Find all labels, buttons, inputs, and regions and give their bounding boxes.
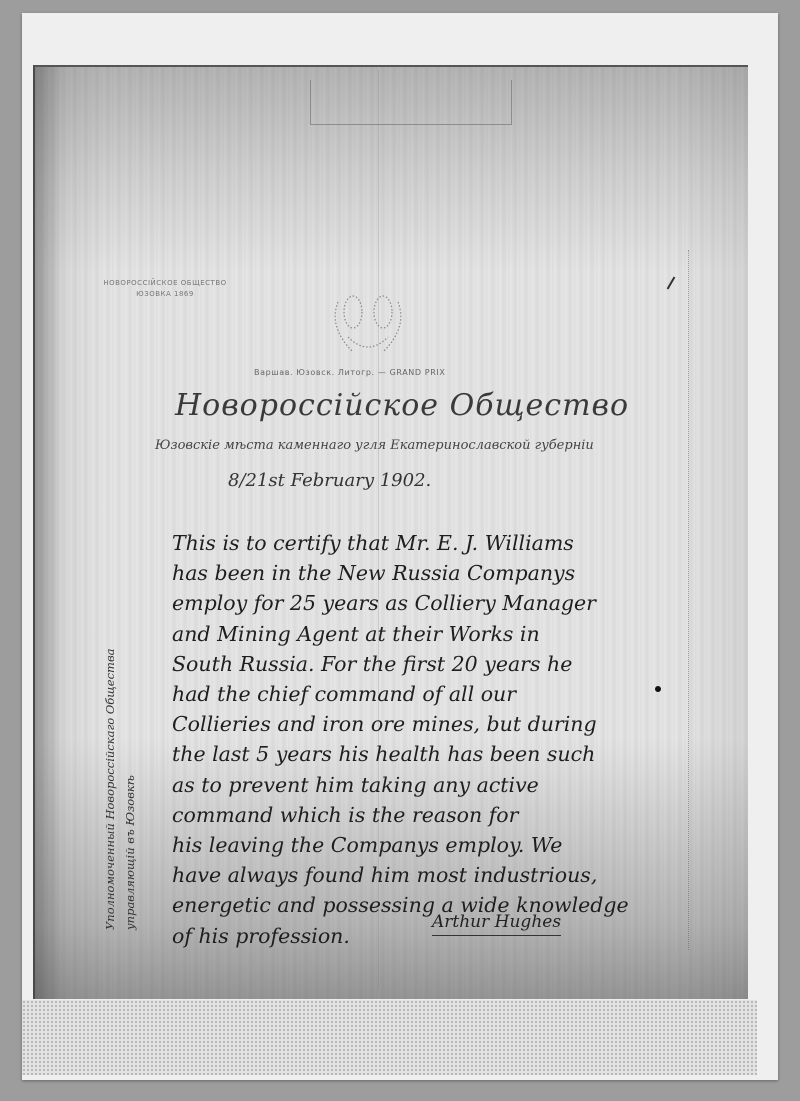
stamp-line: НОВОРОССІЙСКОЕ ОБЩЕСТВО [100,278,230,289]
body-line: South Russia. For the first 20 years he [172,649,732,679]
body-line: his leaving the Companys employ. We [172,830,732,860]
body-line: as to prevent him taking any active [172,770,732,800]
letter-body: This is to certify that Mr. E. J. Willia… [172,528,732,951]
body-line: and Mining Agent at their Works in [172,619,732,649]
side-note-vertical: Уполномоченный Новороссійскаго Общества … [100,510,140,930]
letterhead-left-stamp: НОВОРОССІЙСКОЕ ОБЩЕСТВО ЮЗОВКА 1869 [100,278,230,300]
side-note-line: Уполномоченный Новороссійскаго Общества [100,510,120,930]
company-subtitle: Юзовскіе мѣста каменнаго угля Екатеринос… [155,438,594,453]
body-line: command which is the reason for [172,800,732,830]
printer-credit: Варшав. Юзовск. Литогр. — GRAND PRIX [254,368,445,377]
body-line: This is to certify that Mr. E. J. Willia… [172,528,732,558]
body-line: has been in the New Russia Companys [172,558,732,588]
side-note-line: управляющій въ Юзовкѣ [120,510,140,930]
company-name: Новороссійское Общество [175,388,629,423]
letter-date: 8/21st February 1902. [228,470,431,491]
stamp-line: ЮЗОВКА 1869 [100,289,230,300]
seal-emblem-icon [318,282,418,362]
halftone-bottom-band [22,1000,757,1075]
body-line: employ for 25 years as Colliery Manager [172,588,732,618]
signature: Arthur Hughes [432,912,561,936]
tab-outline [310,80,512,125]
body-line: the last 5 years his health has been suc… [172,739,732,769]
body-line: had the chief command of all our [172,679,732,709]
body-line: Collieries and iron ore mines, but durin… [172,709,732,739]
body-line: have always found him most industrious, [172,860,732,890]
